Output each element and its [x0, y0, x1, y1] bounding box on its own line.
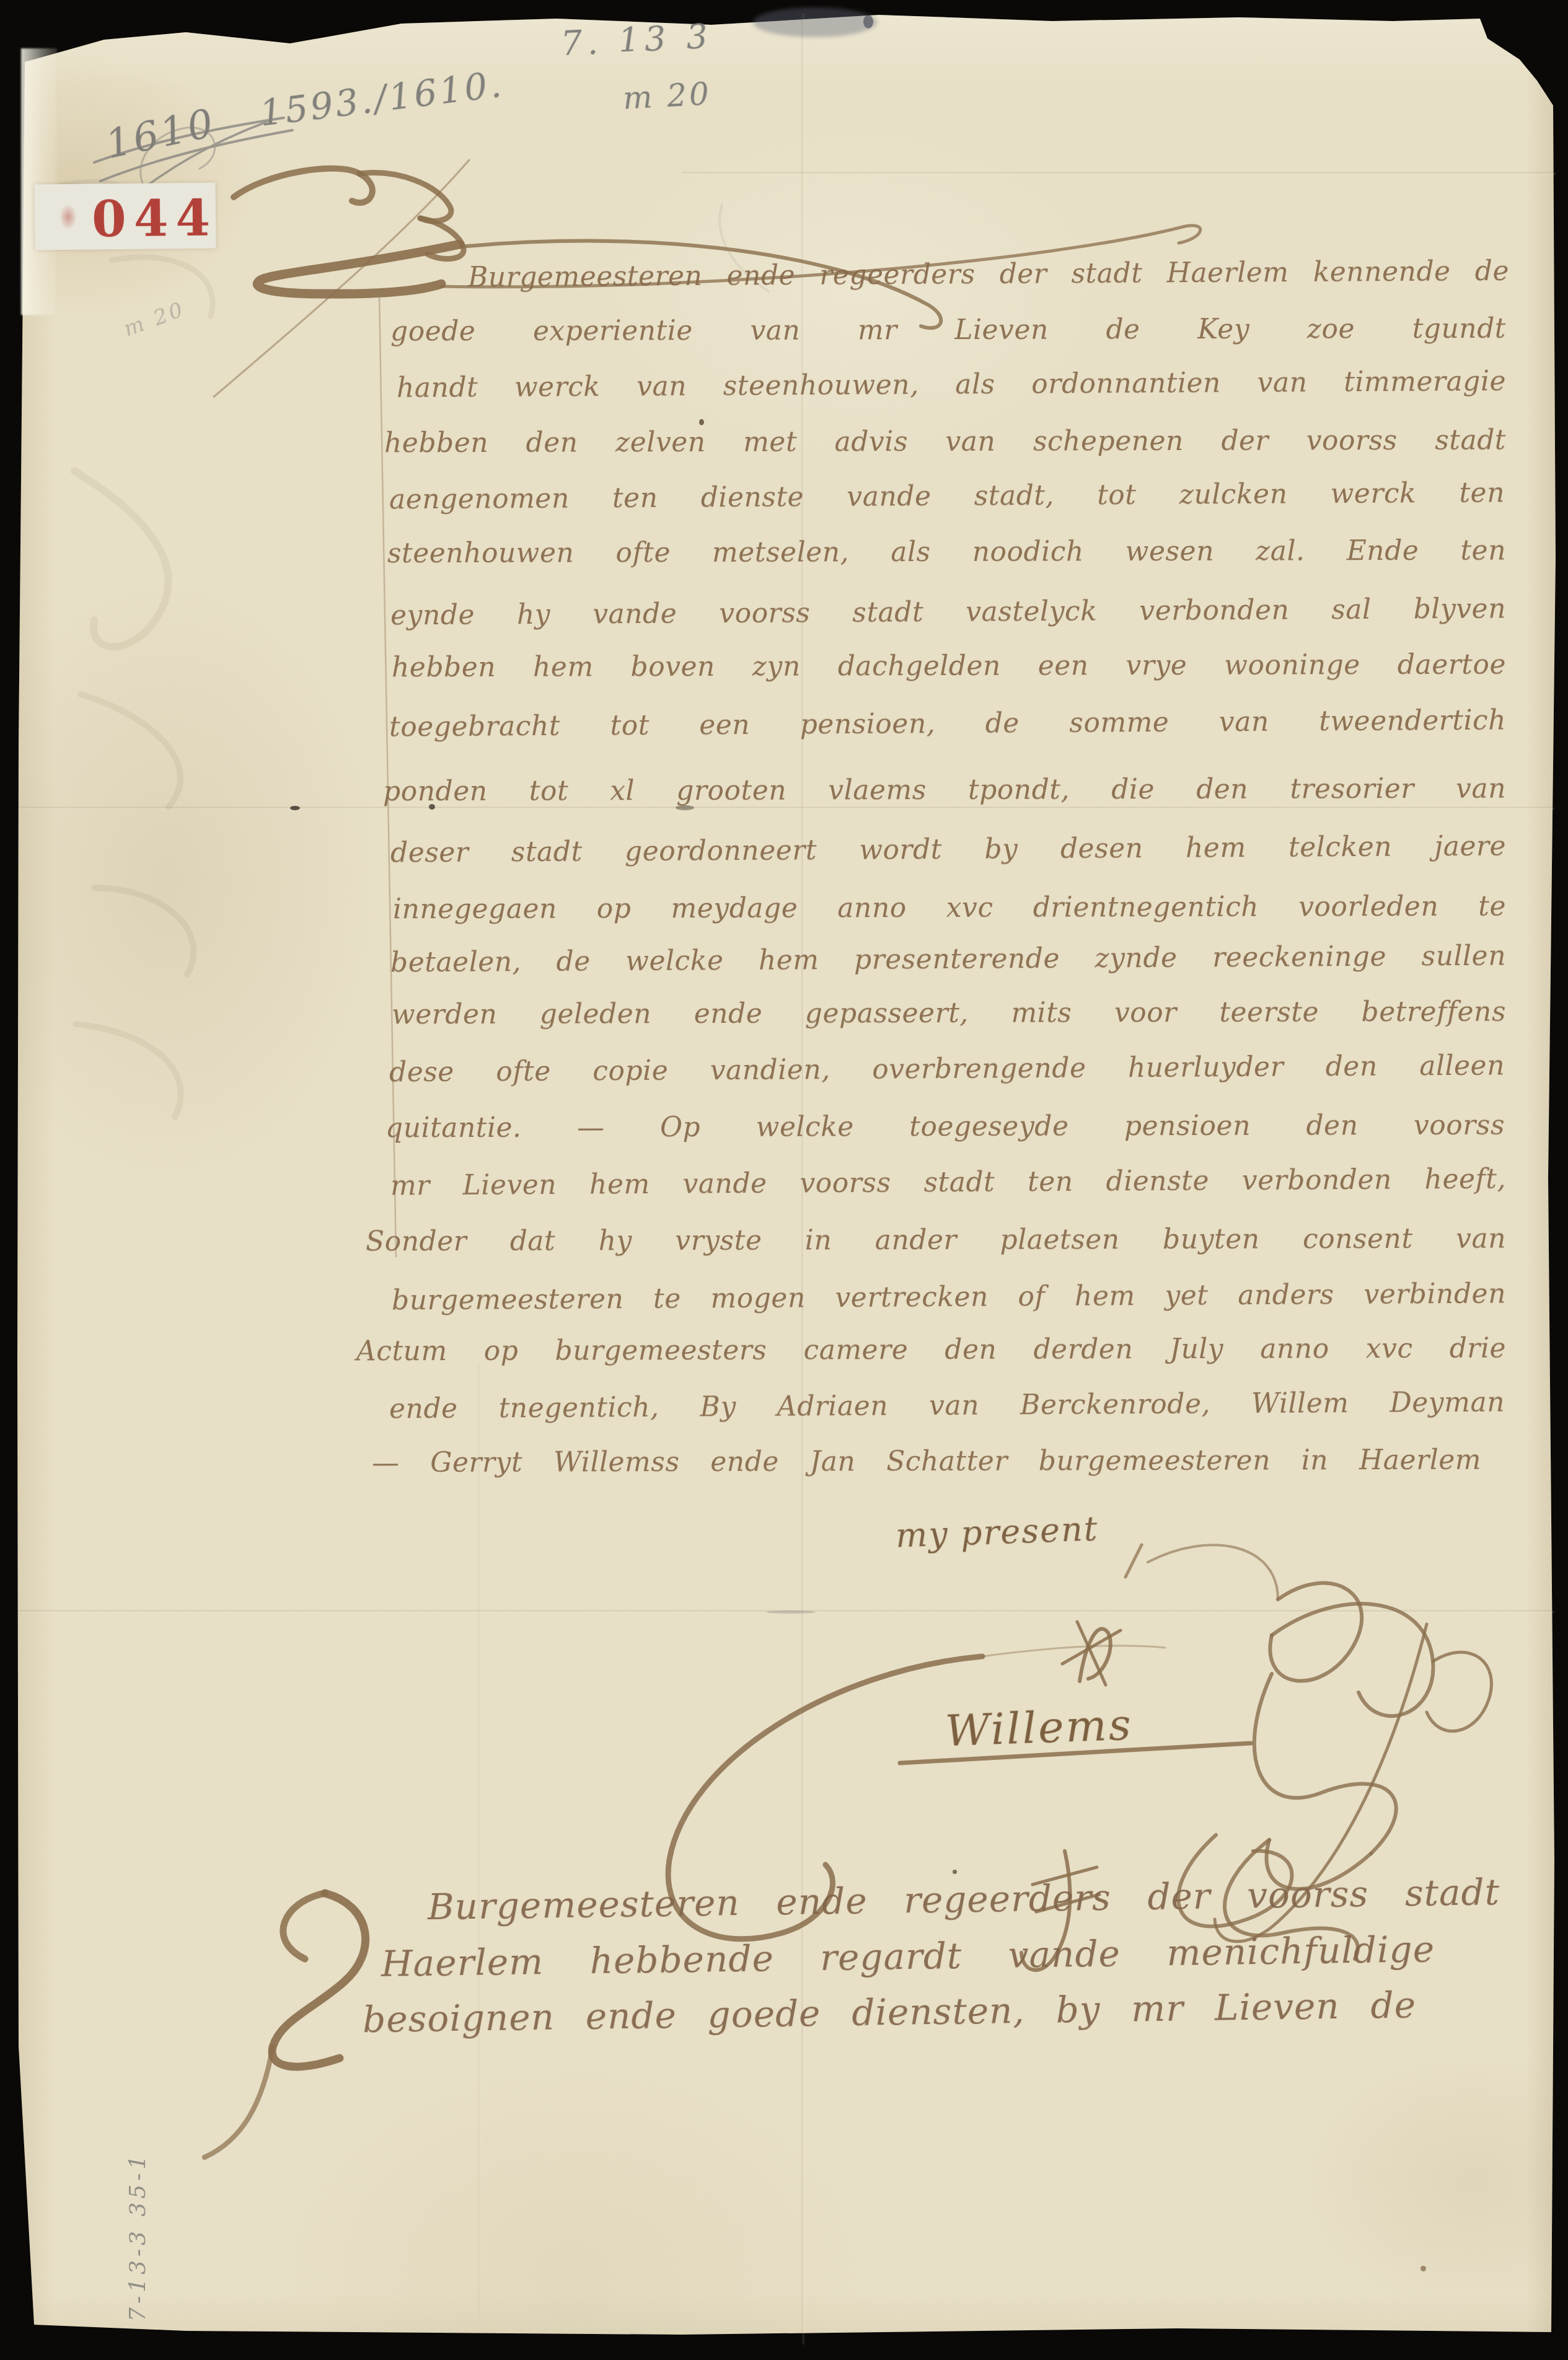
- hand-line: Sonder dat hy vryste in ander plaetsen b…: [366, 1222, 1506, 1259]
- torn-edge-highlight: [21, 48, 57, 315]
- pencil-shelfmark: 7. 13 3: [560, 20, 713, 61]
- hand-line: betaelen, de welcke hem presenterende zy…: [390, 939, 1506, 980]
- hand-line: ponden tot xl grooten vlaems tpondt, die…: [383, 772, 1506, 809]
- hand-line: innegegaen op meydage anno xvc drientneg…: [393, 890, 1506, 927]
- hand-line: — Gerryt Willemss ende Jan Schatter burg…: [372, 1443, 1481, 1480]
- fold-crease-vertical-2: [477, 1364, 482, 2318]
- hand-line: dese ofte copie vandien, overbrengende h…: [389, 1049, 1505, 1090]
- hand-line: handt werck van steenhouwen, als ordonna…: [397, 365, 1506, 405]
- signature-willems: Willems: [945, 1703, 1134, 1753]
- hand-line: Burgemeesteren ende regeerders der stadt…: [468, 254, 1509, 294]
- attestation-line: my present: [895, 1512, 1099, 1552]
- hand-line: goede experientie van mr Lieven de Key z…: [390, 312, 1506, 349]
- hand-line: aengenomen ten dienste vande stadt, tot …: [389, 476, 1505, 517]
- hand-line: steenhouwen ofte metselen, als noodich w…: [387, 534, 1506, 571]
- hand-line: toegebracht tot een pensioen, de somme v…: [389, 703, 1506, 744]
- red-blot: [59, 204, 77, 230]
- hand-line: deser stadt geordonneert wordt by desen …: [390, 829, 1506, 870]
- stamp-number: 044: [92, 188, 218, 248]
- hand-line: Actum op burgemeesters camere den derden…: [356, 1332, 1506, 1369]
- number-label: 044: [34, 182, 216, 250]
- ink-speck: [699, 419, 704, 425]
- ink-speck: [290, 806, 300, 810]
- hand-line: burgemeesteren te mogen vertrecken of he…: [392, 1277, 1506, 1318]
- hand-line: hebben hem boven zyn dachgelden een vrye…: [392, 648, 1506, 685]
- fold-crease-top: [682, 171, 1556, 175]
- hand-line: mr Lieven hem vande voorss stadt ten die…: [390, 1162, 1506, 1203]
- hand-line: quitantie. — Op welcke toegeseyde pensio…: [385, 1108, 1505, 1146]
- ink-speck: [863, 15, 873, 29]
- pencil-shelfmark-sub: m 20: [622, 78, 712, 113]
- crease-mark: [766, 1611, 816, 1614]
- manuscript-scan: 7. 13 3 m 20 1593./1610. 1610 m 20 7-13-…: [0, 0, 1568, 2360]
- hand-line: eynde hy vande voorss stadt vastelyck ve…: [390, 592, 1506, 633]
- hand-line: ende tnegentich, By Adriaen van Berckenr…: [389, 1386, 1505, 1426]
- hand-line: hebben den zelven met advis van schepene…: [384, 423, 1506, 461]
- gray-smudge: [753, 7, 877, 37]
- hand-line: werden geleden ende gepasseert, mits voo…: [392, 995, 1506, 1032]
- pencil-vertical-note: 7-13-3 35-1: [127, 2152, 149, 2322]
- ink-speck: [953, 1870, 957, 1874]
- stain-dot: [1420, 2266, 1426, 2271]
